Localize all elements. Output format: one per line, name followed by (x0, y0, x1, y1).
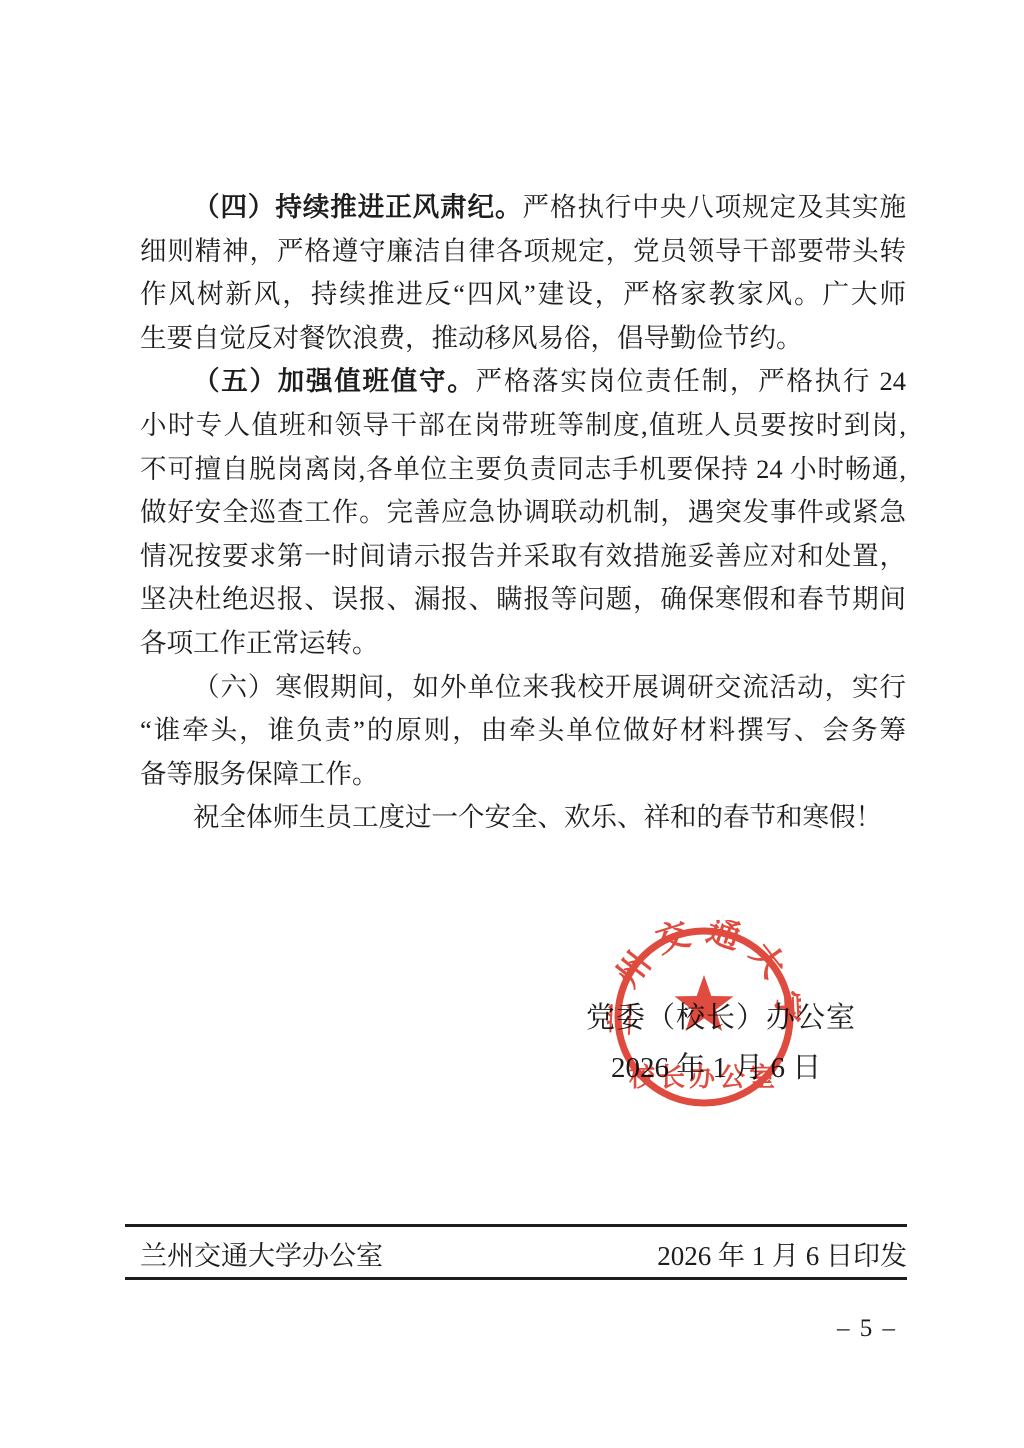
footer-print-date: 2026 年 1 月 6 日印发 (657, 1234, 907, 1273)
text-line: 作风树新风，持续推进反“四风”建设，严格家教家风。广大师 (140, 273, 906, 317)
colophon: 兰州交通大学办公室 2026 年 1 月 6 日印发 (140, 1234, 907, 1273)
signature-date: 2026 年 1 月 6 日 (611, 1045, 821, 1086)
footer-rule-top (125, 1224, 907, 1227)
document-page: （四）持续推进正风肃纪。严格执行中央八项规定及其实施细则精神，严格遵守廉洁自律各… (0, 0, 1024, 1448)
paragraph-lead: （五）加强值班值守。 (193, 366, 476, 396)
text-line: 备等服务保障工作。 (140, 753, 906, 797)
document-body: （四）持续推进正风肃纪。严格执行中央八项规定及其实施细则精神，严格遵守廉洁自律各… (140, 186, 906, 840)
page-number: – 5 – (837, 1315, 897, 1343)
text-line: 各项工作正常运转。 (140, 622, 906, 666)
text-line: （六）寒假期间，如外单位来我校开展调研交流活动，实行 (140, 666, 906, 710)
text-line: “谁牵头，谁负责”的原则，由牵头单位做好材料撰写、会务筹 (140, 709, 906, 753)
text-line: 情况按要求第一时间请示报告并采取有效措施妥善应对和处置， (140, 535, 906, 579)
text-line: 坚决杜绝迟报、误报、漏报、瞒报等问题，确保寒假和春节期间 (140, 578, 906, 622)
text-line: 细则精神，严格遵守廉洁自律各项规定，党员领导干部要带头转 (140, 230, 906, 274)
paragraph-lead: （四）持续推进正风肃纪。 (193, 192, 523, 222)
text-line: 不可擅自脱岗离岗,各单位主要负责同志手机要保持 24 小时畅通, (140, 448, 906, 492)
text-line: （五）加强值班值守。严格落实岗位责任制，严格执行 24 (140, 360, 906, 404)
footer-rule-bottom (125, 1277, 907, 1280)
text-line: 生要自觉反对餐饮浪费，推动移风易俗，倡导勤俭节约。 (140, 317, 906, 361)
signature-office: 党委（校长）办公室 (586, 995, 856, 1036)
footer-issuer: 兰州交通大学办公室 (140, 1234, 383, 1273)
text-line: （四）持续推进正风肃纪。严格执行中央八项规定及其实施 (140, 186, 906, 230)
text-line: 做好安全巡查工作。完善应急协调联动机制，遇突发事件或紧急 (140, 491, 906, 535)
text-line: 祝全体师生员工度过一个安全、欢乐、祥和的春节和寒假！ (140, 796, 906, 840)
text-line: 小时专人值班和领导干部在岗带班等制度,值班人员要按时到岗, (140, 404, 906, 448)
